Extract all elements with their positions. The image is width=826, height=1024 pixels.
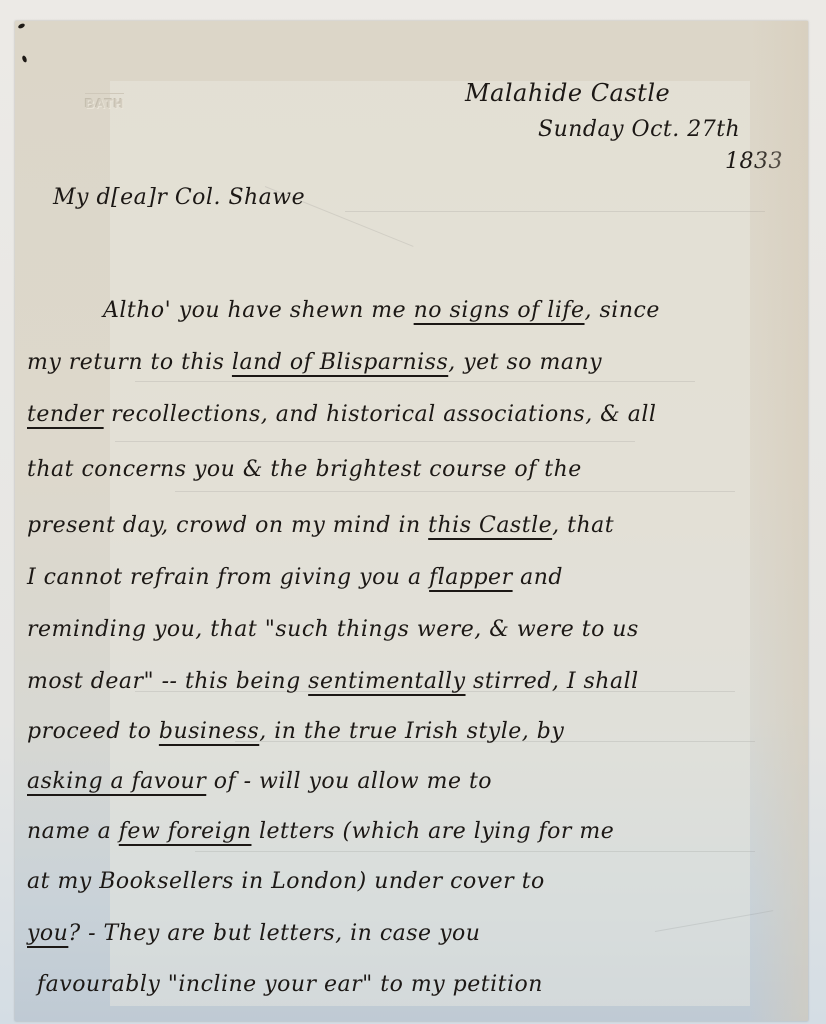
body-line: tender recollections, and historical ass…	[27, 404, 656, 426]
embossed-stamp: BATH	[85, 93, 124, 111]
letter-date: Sunday Oct. 27th	[538, 119, 740, 141]
body-line: that concerns you & the brightest course…	[27, 459, 582, 481]
body-line: name a few foreign letters (which are ly…	[27, 821, 614, 843]
bleed-through-stroke	[115, 441, 635, 442]
ink-blot	[21, 55, 27, 63]
body-line: at my Booksellers in London) under cover…	[27, 871, 545, 893]
bleed-through-stroke	[195, 851, 755, 852]
body-line: reminding you, that "such things were, &…	[27, 619, 639, 641]
bleed-through-stroke	[135, 381, 695, 382]
ink-blot	[17, 23, 25, 30]
body-line: favourably "incline your ear" to my peti…	[37, 974, 543, 996]
body-line: Altho' you have shewn me no signs of lif…	[103, 300, 660, 322]
letter-year: 1833	[725, 151, 783, 173]
salutation: My d[ea]r Col. Shawe	[53, 187, 305, 209]
letter-place: Malahide Castle	[465, 81, 670, 105]
body-line: proceed to business, in the true Irish s…	[27, 721, 564, 743]
body-line: I cannot refrain from giving you a flapp…	[27, 567, 563, 589]
paper-inner-panel	[110, 81, 750, 1006]
bleed-through-stroke	[345, 211, 765, 212]
body-line: my return to this land of Blisparniss, y…	[27, 352, 602, 374]
body-line: most dear" -- this being sentimentally s…	[27, 671, 639, 693]
body-line: you? - They are but letters, in case you	[27, 923, 480, 945]
body-line: present day, crowd on my mind in this Ca…	[27, 515, 614, 537]
letter-page: BATH Malahide Castle Sunday Oct. 27th 18…	[15, 21, 808, 1021]
body-line: asking a favour of - will you allow me t…	[27, 771, 492, 793]
bleed-through-stroke	[175, 491, 735, 492]
